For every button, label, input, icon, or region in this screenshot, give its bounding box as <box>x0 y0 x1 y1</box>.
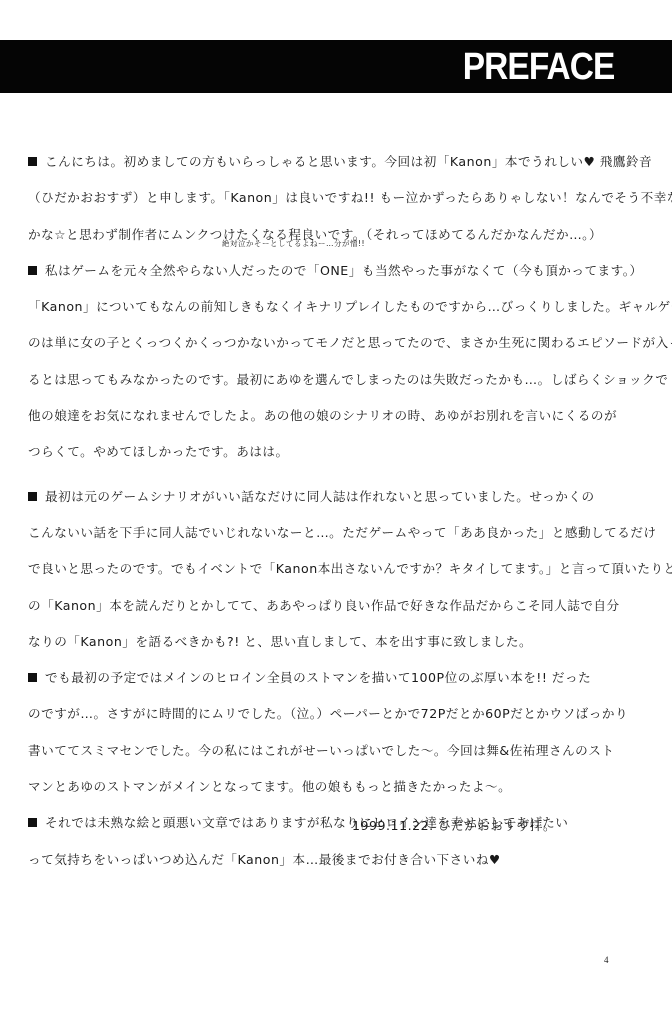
bullet-icon <box>28 818 37 827</box>
paragraph-3-line-5: なりの「Kanon」を語るべきかも?! と、思い直しまして、本を出す事に致しまし… <box>28 624 648 660</box>
preface-body: こんにちは。初めましての方もいらっしゃると思います。今回は初「Kanon」本でう… <box>28 144 648 878</box>
header-bar: PREFACE <box>0 40 672 93</box>
paragraph-3-line-4: の「Kanon」本を読んだりとかしてて、ああやっぱり良い作品で好きな作品だからこ… <box>28 588 648 624</box>
bullet-icon <box>28 157 37 166</box>
page-title: PREFACE <box>462 46 614 88</box>
author-signature: 1999.11.22. ひだかおおすず拝。 <box>352 815 556 834</box>
paragraph-5-line-2: って気持ちをいっぱいつめ込んだ「Kanon」本…最後までお付き合い下さいね♥ <box>28 842 648 878</box>
bullet-icon <box>28 266 37 275</box>
paragraph-1-line-1: こんにちは。初めましての方もいらっしゃると思います。今回は初「Kanon」本でう… <box>28 144 648 180</box>
paragraph-1-line-2: （ひだかおおすず）と申します。「Kanon」は良いですね!! もー泣かずったらあ… <box>28 180 648 216</box>
paragraph-4-line-3: 書いててスミマセンでした。今の私にはこれがせーいっぱいでした～。今回は舞&佐祐理… <box>28 733 648 769</box>
page-number: 4 <box>604 955 609 965</box>
paragraph-2-line-5: 他の娘達をお気になれませんでしたよ。あの他の娘のシナリオの時、あゆがお別れを言い… <box>28 398 648 434</box>
paragraph-2-line-1: 私はゲームを元々全然やらない人だったので「ONE」も当然やった事がなくて（今も頂… <box>28 253 648 289</box>
paragraph-2-line-4: るとは思ってもみなかったのです。最初にあゆを選んでしまったのは失敗だったかも…。… <box>28 362 648 398</box>
paragraph-2-line-3: のは単に女の子とくっつくかくっつかないかってモノだと思ってたので、まさか生死に関… <box>28 325 648 361</box>
bullet-icon <box>28 492 37 501</box>
paragraph-3-line-3: で良いと思ったのです。でもイベントで「Kanon本出さないんですか？キタイしてま… <box>28 551 648 587</box>
paragraph-2-line-6: つらくて。やめてほしかったです。あはは。 <box>28 434 648 470</box>
paragraph-4-line-1: でも最初の予定ではメインのヒロイン全員のストマンを描いて100P位のぶ厚い本を!… <box>28 660 648 696</box>
bullet-icon <box>28 673 37 682</box>
paragraph-3-line-1: 最初は元のゲームシナリオがいい話なだけに同人誌は作れないと思っていました。せっか… <box>28 479 648 515</box>
paragraph-3-line-2: こんないい話を下手に同人誌でいじれないなーと…。ただゲームやって「ああ良かった」… <box>28 515 648 551</box>
paragraph-4-line-2: のですが…。さすがに時間的にムリでした。（泣。）ペーパーとかで72Pだとか60P… <box>28 696 648 732</box>
paragraph-2-line-2: 「Kanon」についてもなんの前知しきもなくイキナリプレイしたものですから…びっ… <box>28 289 648 325</box>
paragraph-4-line-4: マンとあゆのストマンがメインとなってます。他の娘ももっと描きたかったよ～。 <box>28 769 648 805</box>
